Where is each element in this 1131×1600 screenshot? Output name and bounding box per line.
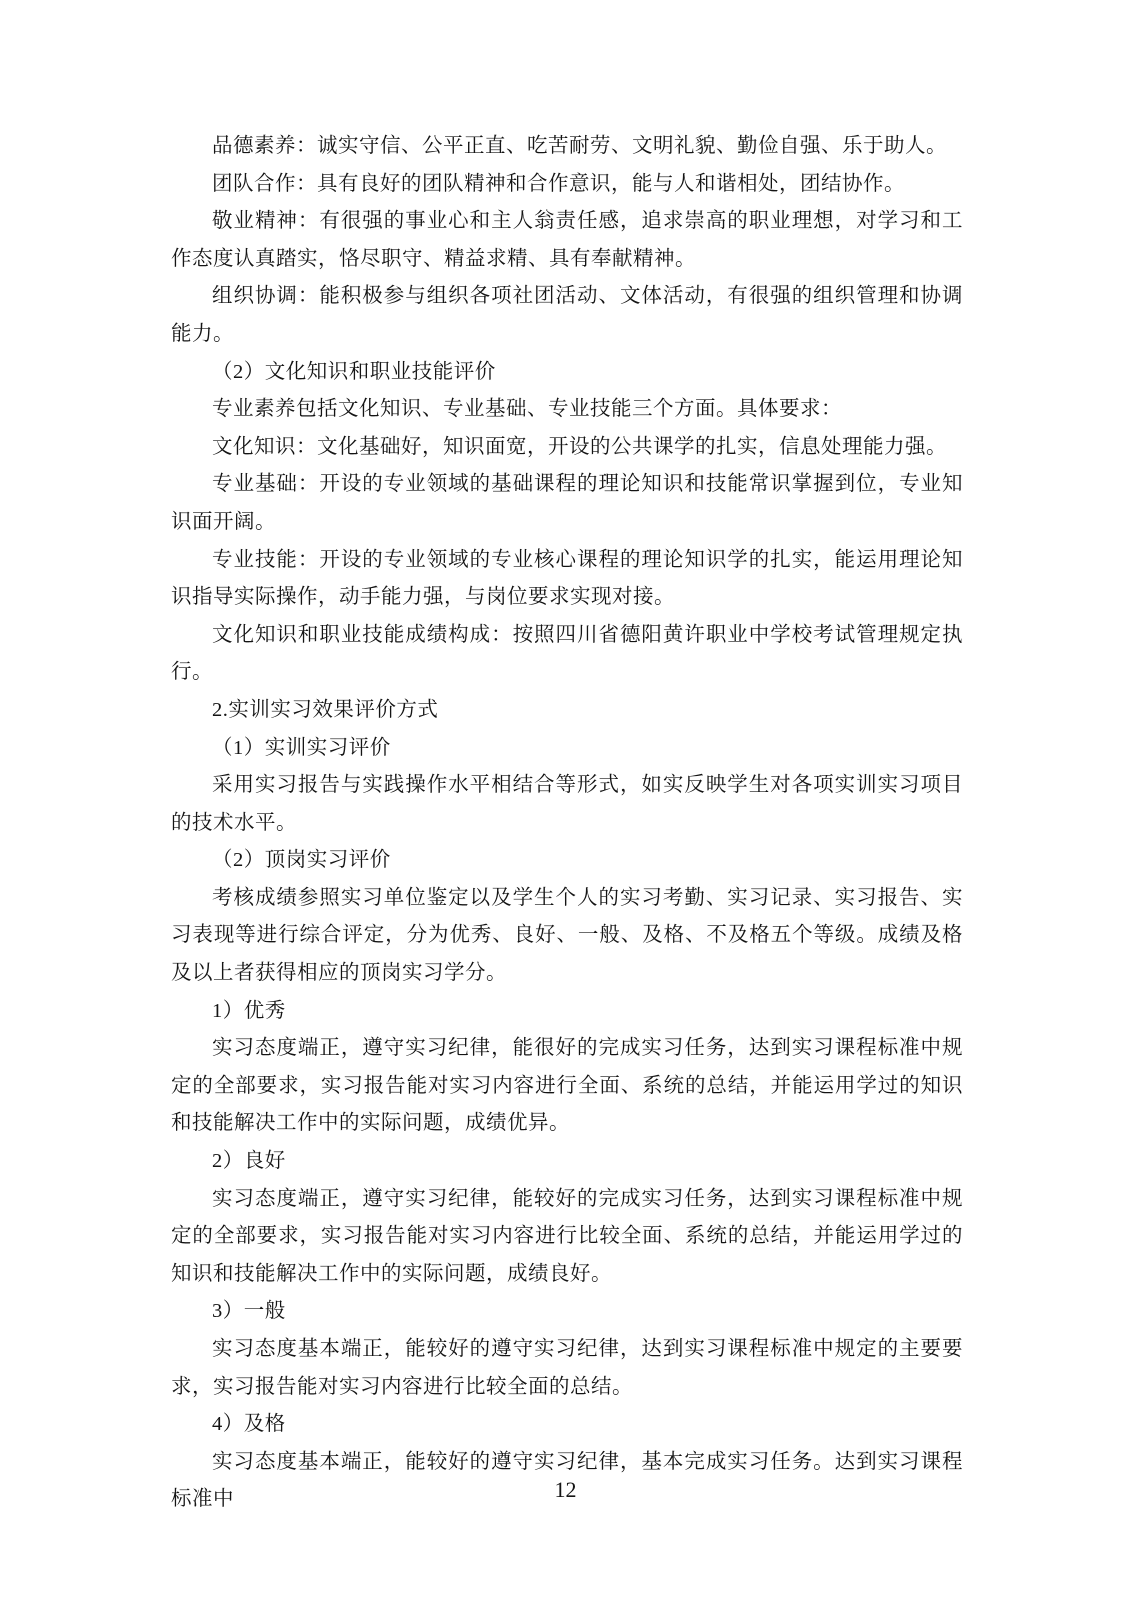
paragraph: 采用实习报告与实践操作水平相结合等形式，如实反映学生对各项实训实习项目的技术水平… (171, 767, 963, 842)
paragraph: 考核成绩参照实习单位鉴定以及学生个人的实习考勤、实习记录、实习报告、实习表现等进… (171, 880, 963, 993)
paragraph: （1）实训实习评价 (171, 730, 963, 768)
paragraph: 组织协调：能积极参与组织各项社团活动、文体活动，有很强的组织管理和协调能力。 (171, 278, 963, 353)
paragraph: 敬业精神：有很强的事业心和主人翁责任感，追求崇高的职业理想，对学习和工作态度认真… (171, 203, 963, 278)
paragraph: 文化知识和职业技能成绩构成：按照四川省德阳黄许职业中学校考试管理规定执行。 (171, 617, 963, 692)
document-page: 品德素养：诚实守信、公平正直、吃苦耐劳、文明礼貌、勤俭自强、乐于助人。团队合作：… (0, 0, 1131, 1600)
paragraph: 团队合作：具有良好的团队精神和合作意识，能与人和谐相处，团结协作。 (171, 166, 963, 204)
paragraph: 文化知识：文化基础好，知识面宽，开设的公共课学的扎实，信息处理能力强。 (171, 429, 963, 467)
paragraph: 1）优秀 (171, 993, 963, 1031)
paragraph: 专业素养包括文化知识、专业基础、专业技能三个方面。具体要求： (171, 391, 963, 429)
paragraph: 实习态度端正，遵守实习纪律，能很好的完成实习任务，达到实习课程标准中规定的全部要… (171, 1030, 963, 1143)
paragraph: 专业基础：开设的专业领域的基础课程的理论知识和技能常识掌握到位，专业知识面开阔。 (171, 466, 963, 541)
page-number: 12 (555, 1477, 577, 1502)
paragraph: 专业技能：开设的专业领域的专业核心课程的理论知识学的扎实，能运用理论知识指导实际… (171, 542, 963, 617)
paragraph: 4）及格 (171, 1406, 963, 1444)
paragraph: 品德素养：诚实守信、公平正直、吃苦耐劳、文明礼貌、勤俭自强、乐于助人。 (171, 128, 963, 166)
paragraph: 实习态度基本端正，能较好的遵守实习纪律，达到实习课程标准中规定的主要要求，实习报… (171, 1331, 963, 1406)
paragraph: （2）顶岗实习评价 (171, 842, 963, 880)
document-body: 品德素养：诚实守信、公平正直、吃苦耐劳、文明礼貌、勤俭自强、乐于助人。团队合作：… (171, 128, 963, 1519)
page-footer: 12 (0, 1476, 1131, 1504)
paragraph: 实习态度端正，遵守实习纪律，能较好的完成实习任务，达到实习课程标准中规定的全部要… (171, 1181, 963, 1294)
paragraph: 2）良好 (171, 1143, 963, 1181)
paragraph: （2）文化知识和职业技能评价 (171, 354, 963, 392)
paragraph: 3）一般 (171, 1293, 963, 1331)
paragraph: 2.实训实习效果评价方式 (171, 692, 963, 730)
